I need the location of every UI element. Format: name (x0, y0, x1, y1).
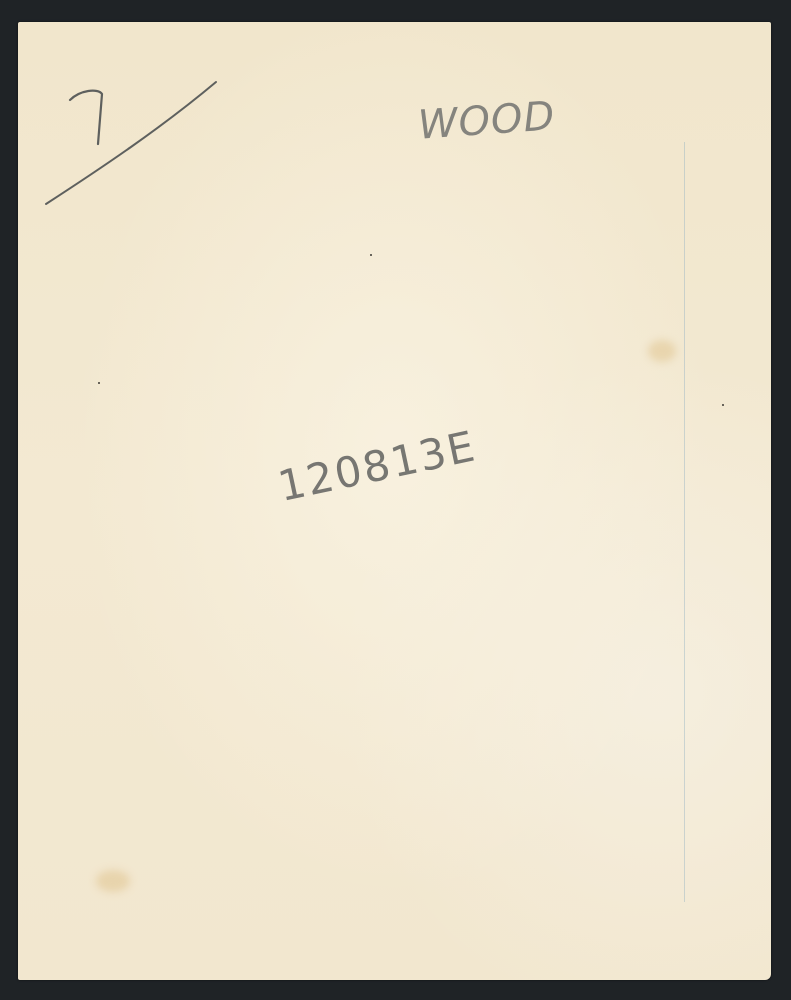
catalog-number: 120813E (274, 421, 481, 511)
speck (722, 404, 724, 406)
name-annotation: WOOD (417, 93, 557, 148)
speck (370, 254, 372, 256)
foxing-stain (648, 340, 676, 362)
photo-card-back: 7 WOOD 120813E (18, 22, 771, 980)
speck (98, 382, 100, 384)
corner-mark-slash (40, 74, 230, 214)
faint-ruled-line (684, 142, 685, 902)
foxing-stain (96, 870, 130, 892)
